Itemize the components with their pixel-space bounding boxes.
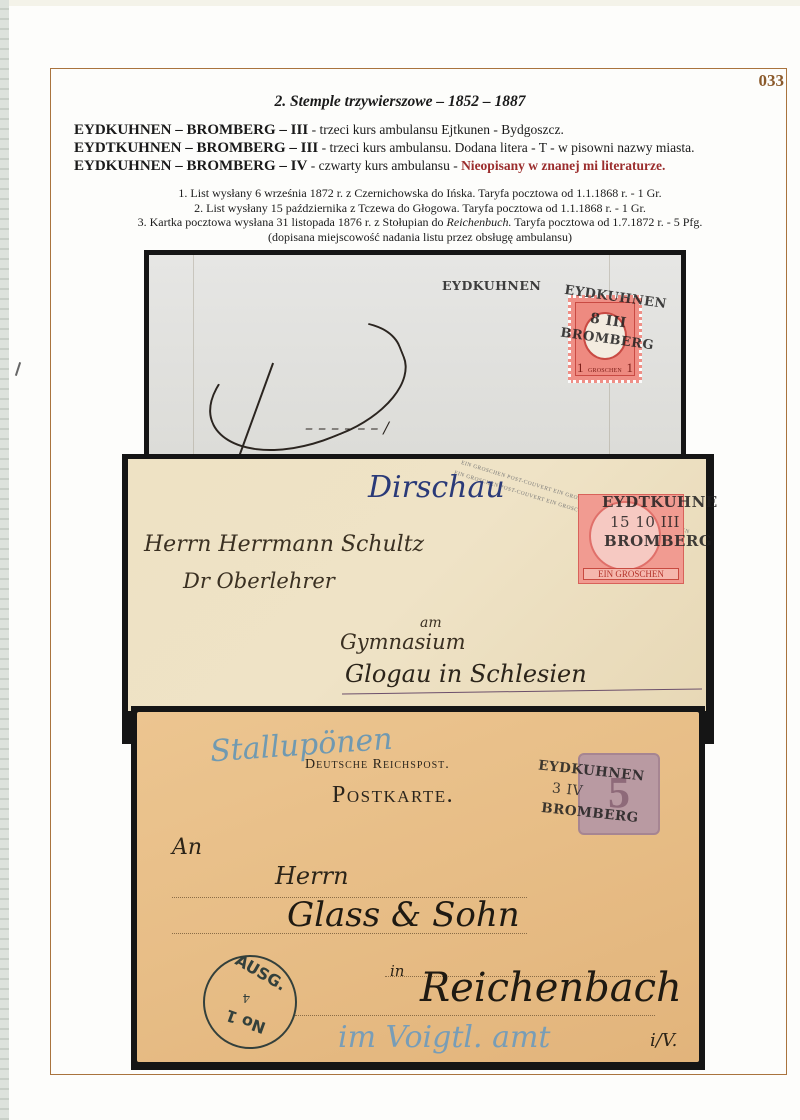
handwritten-an: An	[172, 835, 202, 860]
page-number: 033	[759, 71, 785, 91]
address-dotted-line	[295, 1015, 655, 1016]
round-postmark-bottom: No 1	[223, 1006, 268, 1038]
route-name: EYDKUHNEN – BROMBERG – III	[74, 122, 308, 138]
caption-3-italic: Reichenbuch.	[447, 215, 512, 229]
handwritten-address-2: Dr Oberlehrer	[183, 569, 335, 593]
route-descriptions: EYDKUHNEN – BROMBERG – III - trzeci kurs…	[74, 121, 794, 175]
handwritten-address-5: Glogau in Schlesien	[345, 660, 587, 688]
caption-note: (dopisana miejscowość nadania listu prze…	[60, 230, 780, 245]
handwritten-blue-note-2: im Voigtl. amt	[338, 1020, 550, 1055]
cancel-line-1: EYDTKUHNE	[602, 493, 718, 511]
stamp-value-right: 1	[626, 360, 633, 376]
handwritten-herrn: Herrn	[275, 862, 349, 890]
route-note: Nieopisany w znanej mi literaturze.	[461, 158, 665, 173]
fold-line	[193, 255, 194, 455]
handwritten-address-4: Gymnasium	[340, 630, 466, 654]
route-line: EYDTKUHNEN – BROMBERG – III - trzeci kur…	[74, 139, 794, 157]
cancel-line-2: 3 IV	[551, 780, 584, 799]
route-desc: - trzeci kurs ambulansu Ejtkunen - Bydgo…	[308, 122, 564, 137]
caption-3: 3. Kartka pocztowa wysłana 31 listopada …	[60, 215, 780, 230]
route-name: EYDTKUHNEN – BROMBERG – III	[74, 140, 318, 156]
route-desc: - czwarty kurs ambulansu -	[307, 158, 461, 173]
route-line: EYDKUHNEN – BROMBERG – III - trzeci kurs…	[74, 121, 794, 139]
caption-3-text: 3. Kartka pocztowa wysłana 31 listopada …	[138, 215, 447, 229]
cancel-line-3: BROMBERG	[604, 532, 712, 550]
handwritten-city: Reichenbach	[420, 965, 682, 1011]
page-top-edge	[0, 0, 800, 6]
stray-pencil-mark	[15, 362, 21, 376]
route-desc: - trzeci kurs ambulansu. Dodana litera -…	[318, 140, 694, 155]
handwritten-in: in	[390, 962, 404, 980]
stamp-value: 1 GROSCHEN 1	[577, 360, 633, 376]
stamp-value-left: 1	[577, 360, 584, 376]
stamp-label: EIN GROSCHEN	[583, 568, 679, 580]
caption-1: 1. List wysłany 6 września 1872 r. z Cze…	[60, 186, 780, 201]
round-postmark-middle: 4	[243, 989, 250, 1005]
caption-2: 2. List wysłany 15 października z Tczewa…	[60, 201, 780, 216]
binder-strip	[0, 0, 9, 1120]
handwritten-suffix: i/V.	[650, 1030, 677, 1051]
caption-3-tariff: Taryfa pocztowa od 1.7.1872 r. - 5 Pfg.	[512, 215, 703, 229]
printed-title: Postkarte.	[332, 782, 454, 809]
route-name: EYDKUHNEN – BROMBERG – IV	[74, 158, 307, 174]
cover-captions: 1. List wysłany 6 września 1872 r. z Cze…	[60, 186, 780, 244]
cancel-line-2: 15 10 III	[610, 513, 680, 531]
handwritten-addressee: Glass & Sohn	[287, 895, 520, 935]
handwritten-dashes: – – – – – – /	[305, 418, 389, 437]
handwritten-address-1: Herrn Herrmann Schultz	[144, 532, 424, 557]
handwritten-address-3: am	[420, 615, 442, 631]
eydkuhnen-line-postmark: EYDKUHNEN	[442, 278, 541, 293]
handwritten-dirschau: Dirschau	[368, 470, 505, 505]
stamp-value-label: GROSCHEN	[588, 368, 622, 374]
round-postmark-icon: AUSG. 4 No 1	[203, 955, 297, 1049]
section-title: 2. Stemple trzywierszowe – 1852 – 1887	[0, 93, 800, 111]
route-line: EYDKUHNEN – BROMBERG – IV - czwarty kurs…	[74, 157, 794, 175]
